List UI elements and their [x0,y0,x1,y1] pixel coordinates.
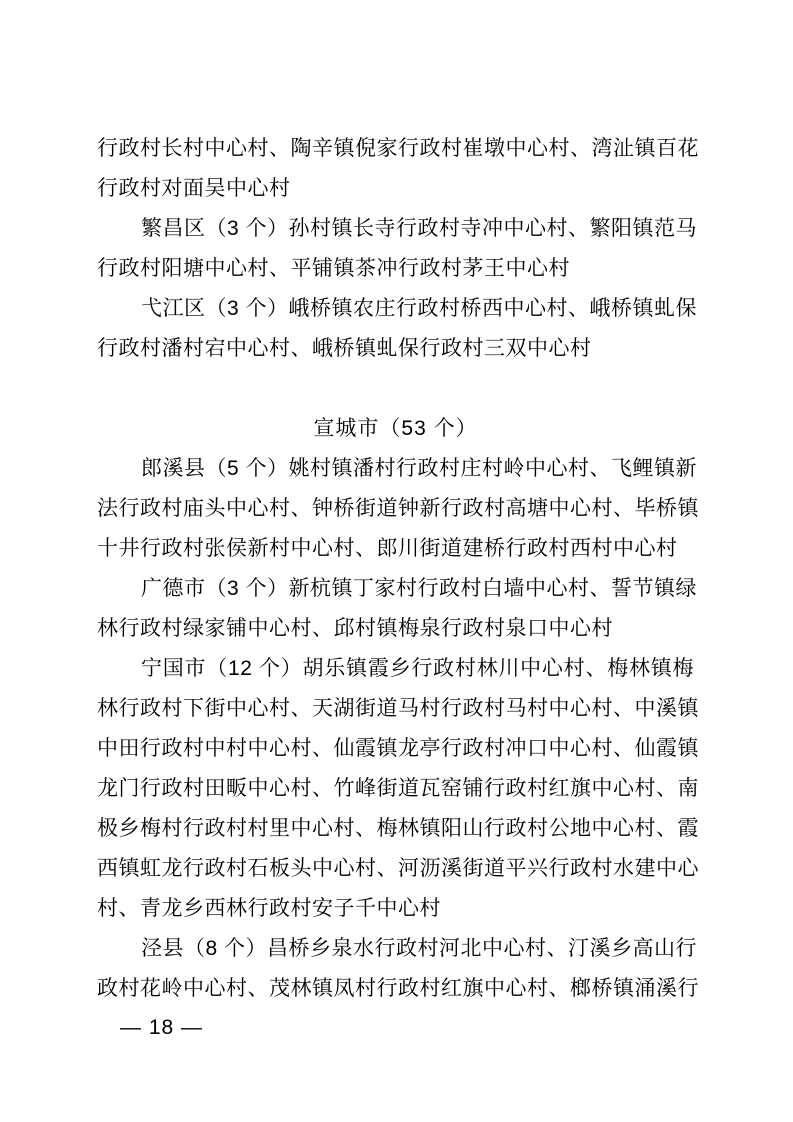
page-footer: — 18 — [120,1013,203,1043]
text-line: 十井行政村张侯新村中心村、郎川街道建桥行政村西村中心村 [97,529,694,569]
text-line: 行政村阳塘中心村、平铺镇茶冲行政村茅王中心村 [97,249,694,289]
text-line: 政村花岭中心村、茂林镇凤村行政村红旗中心村、榔桥镇涌溪行 [97,969,694,1009]
text-line: 极乡梅村行政村村里中心村、梅林镇阳山行政村公地中心村、霞 [97,809,694,849]
text-line: 龙门行政村田畈中心村、竹峰街道瓦窑铺行政村红旗中心村、南 [97,769,694,809]
page-number: — 18 — [120,1016,203,1039]
text-line: 行政村对面吴中心村 [97,169,694,209]
text-line: 西镇虹龙行政村石板头中心村、河沥溪街道平兴行政村水建中心 [97,849,694,889]
section-heading: 宣城市（53 个） [97,409,694,449]
text-line: 中田行政村中村中心村、仙霞镇龙亭行政村冲口中心村、仙霞镇 [97,729,694,769]
text-line: 弋江区（3 个）峨桥镇农庄行政村桥西中心村、峨桥镇虬保 [97,289,694,329]
document-body: 行政村长村中心村、陶辛镇倪家行政村崔墩中心村、湾沚镇百花 行政村对面吴中心村 繁… [97,129,694,1009]
text-line: 郎溪县（5 个）姚村镇潘村行政村庄村岭中心村、飞鲤镇新 [97,449,694,489]
document-page: 行政村长村中心村、陶辛镇倪家行政村崔墩中心村、湾沚镇百花 行政村对面吴中心村 繁… [0,0,793,1122]
text-line: 林行政村绿家铺中心村、邱村镇梅泉行政村泉口中心村 [97,609,694,649]
text-line: 泾县（8 个）昌桥乡泉水行政村河北中心村、汀溪乡高山行 [97,929,694,969]
text-line: 行政村潘村宕中心村、峨桥镇虬保行政村三双中心村 [97,329,694,369]
text-line: 行政村长村中心村、陶辛镇倪家行政村崔墩中心村、湾沚镇百花 [97,129,694,169]
text-line: 广德市（3 个）新杭镇丁家村行政村白墙中心村、誓节镇绿 [97,569,694,609]
text-line: 村、青龙乡西林行政村安子千中心村 [97,889,694,929]
text-line: 宁国市（12 个）胡乐镇霞乡行政村林川中心村、梅林镇梅 [97,649,694,689]
text-line: 法行政村庙头中心村、钟桥街道钟新行政村高塘中心村、毕桥镇 [97,489,694,529]
text-line: 繁昌区（3 个）孙村镇长寺行政村寺冲中心村、繁阳镇范马 [97,209,694,249]
text-line: 林行政村下街中心村、天湖街道马村行政村马村中心村、中溪镇 [97,689,694,729]
